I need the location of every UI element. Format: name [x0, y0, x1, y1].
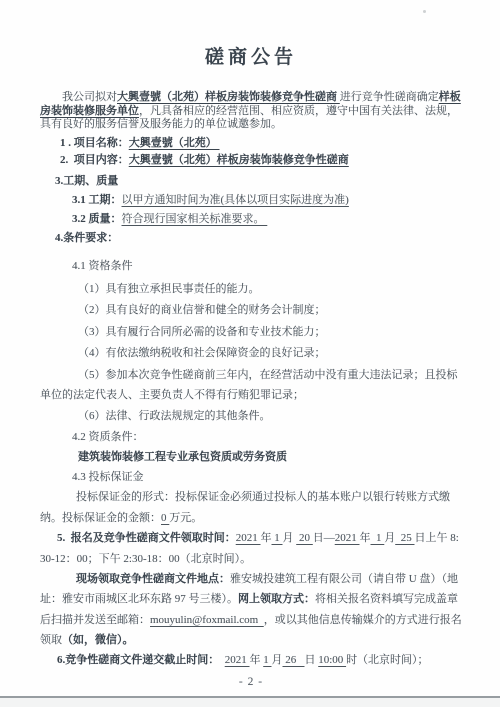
condition-1: （1）具有独立承担民事责任的能力。 [40, 279, 462, 301]
pickup-location-paragraph: 现场领取竞争性磋商文件地点：雅安城投建筑工程有限公司（请自带 U 盘）（地址：雅… [40, 569, 462, 650]
item-5-month1: 1 [272, 532, 283, 544]
item-6-year: 2021 [225, 654, 250, 666]
item-6-submission-deadline: 6.竞争性磋商文件递交截止时间： 2021 年 1 月 26 日 10:00 时… [40, 650, 462, 670]
email-address: mouyulin@foxmail.com [150, 614, 264, 626]
condition-2: （2）具有良好的商业信誉和健全的财务会计制度； [40, 300, 462, 322]
item-5-year2: 2021 [335, 532, 360, 544]
item-6-text: 年 [250, 654, 264, 666]
section-4-heading: 4.条件要求： [55, 229, 462, 248]
deposit-paragraph: 投标保证金的形式：投标保证金必须通过投标人的基本账户以银行转账方式缴纳。投标保证… [40, 487, 462, 528]
scanned-page: 磋商公告 我公司拟对大興壹號（北苑）样板房装饰装修竞争性磋商 进行竞争性磋商确定… [0, 0, 500, 707]
item-3-1-duration: 3.1 工期：以甲方通知时间为准(具体以项目实际进度为准) [72, 191, 462, 210]
scan-artifact-dot [423, 10, 426, 13]
item-6-time: 10:00 [318, 654, 346, 666]
condition-6: （6）法律、行政法规规定的其他条件。 [40, 406, 462, 428]
document-title: 磋商公告 [40, 46, 462, 70]
item-6-day: 26 [283, 654, 305, 666]
item-3-1-label: 3.1 工期： [72, 194, 122, 206]
item-5-text: 月 [384, 532, 395, 544]
condition-5: （5）参加本次竞争性磋商前三年内，在经营活动中没有重大违法记录；且投标单位的法定… [40, 365, 462, 406]
item-1-label: 1 . 项目名称： [60, 137, 129, 149]
item-4-3-heading: 4.3 投标保证金 [72, 467, 462, 487]
onsite-pickup-label: 现场领取竞争性磋商文件地点： [76, 573, 230, 585]
page-number: - 2 - [40, 672, 462, 692]
condition-3: （3）具有履行合同所必需的设备和专业技术能力； [40, 322, 462, 344]
section-4-label: 4.条件要求： [55, 232, 118, 244]
item-5-text: 年 [360, 532, 371, 544]
online-pickup-label: 网上领取方式： [238, 593, 315, 605]
item-6-text: 日 [305, 654, 319, 666]
condition-4: （4）有依法缴纳税收和社会保障资金的良好记录； [40, 343, 462, 365]
item-5-text: 日— [313, 532, 335, 544]
item-1-value: 大興壹號（北苑） [129, 137, 220, 149]
item-6-text: 时（北京时间）； [346, 654, 429, 666]
item-1-project-name: 1 . 项目名称：大興壹號（北苑） [60, 135, 462, 152]
item-2-label: 2. 项目内容： [60, 154, 129, 166]
intro-text: 进行竞争性磋商确定 [340, 91, 439, 103]
item-3-2-value: 符合现行国家相关标准要求。 [122, 213, 268, 225]
item-6-month: 1 [263, 654, 271, 666]
item-5-day1: 20 [296, 532, 313, 544]
item-5-day2: 25 [395, 532, 414, 544]
item-5-month2: 1 [371, 532, 385, 544]
item-3-1-value: 以甲方通知时间为准(具体以项目实际进度为准) [122, 194, 349, 206]
page-bottom-edge [0, 696, 500, 707]
intro-paragraph: 我公司拟对大興壹號（北苑）样板房装饰装修竞争性磋商 进行竞争性磋商确定样板房装饰… [40, 91, 462, 132]
section-3-label: 3.工期、质量 [55, 175, 118, 187]
item-6-text: 月 [272, 654, 283, 666]
item-5-text: 月 [283, 532, 297, 544]
item-3-2-label: 3.2 质量： [72, 213, 122, 225]
item-3-2-quality: 3.2 质量：符合现行国家相关标准要求。 [72, 210, 462, 229]
item-2-value: 大興壹號（北苑）样板房装饰装修竞争性磋商 [129, 154, 349, 166]
deposit-amount: 0 [161, 512, 169, 524]
deposit-unit: 万元。 [169, 512, 202, 524]
wechat-note: （如，微信）。 [62, 634, 134, 646]
item-4-1-heading: 4.1 资格条件 [72, 256, 462, 276]
item-5-year1: 2021 [236, 532, 261, 544]
item-2-project-content: 2. 项目内容：大興壹號（北苑）样板房装饰装修竞争性磋商 [60, 152, 462, 169]
item-5-document-pickup-time: 5. 报名及竞争性磋商文件领取时间：2021 年 1 月 20 日—2021 年… [40, 528, 462, 569]
intro-text: 我公司拟对 [62, 91, 117, 103]
item-4-2-heading: 4.2 资质条件： [72, 427, 462, 447]
section-3-heading: 3.工期、质量 [55, 172, 462, 191]
deposit-text: 投标保证金的形式：投标保证金必须通过投标人的基本账户以银行转账方式缴纳。投标保证… [40, 491, 450, 524]
project-name-highlight: 大興壹號（北苑）样板房装饰装修竞争性磋商 [117, 91, 340, 103]
item-5-text: 年 [261, 532, 272, 544]
item-5-label: 5. 报名及竞争性磋商文件领取时间： [57, 532, 236, 544]
qualification-requirement: 建筑装饰装修工程专业承包资质或劳务资质 [78, 447, 462, 467]
item-6-label: 6.竞争性磋商文件递交截止时间： [57, 654, 219, 666]
